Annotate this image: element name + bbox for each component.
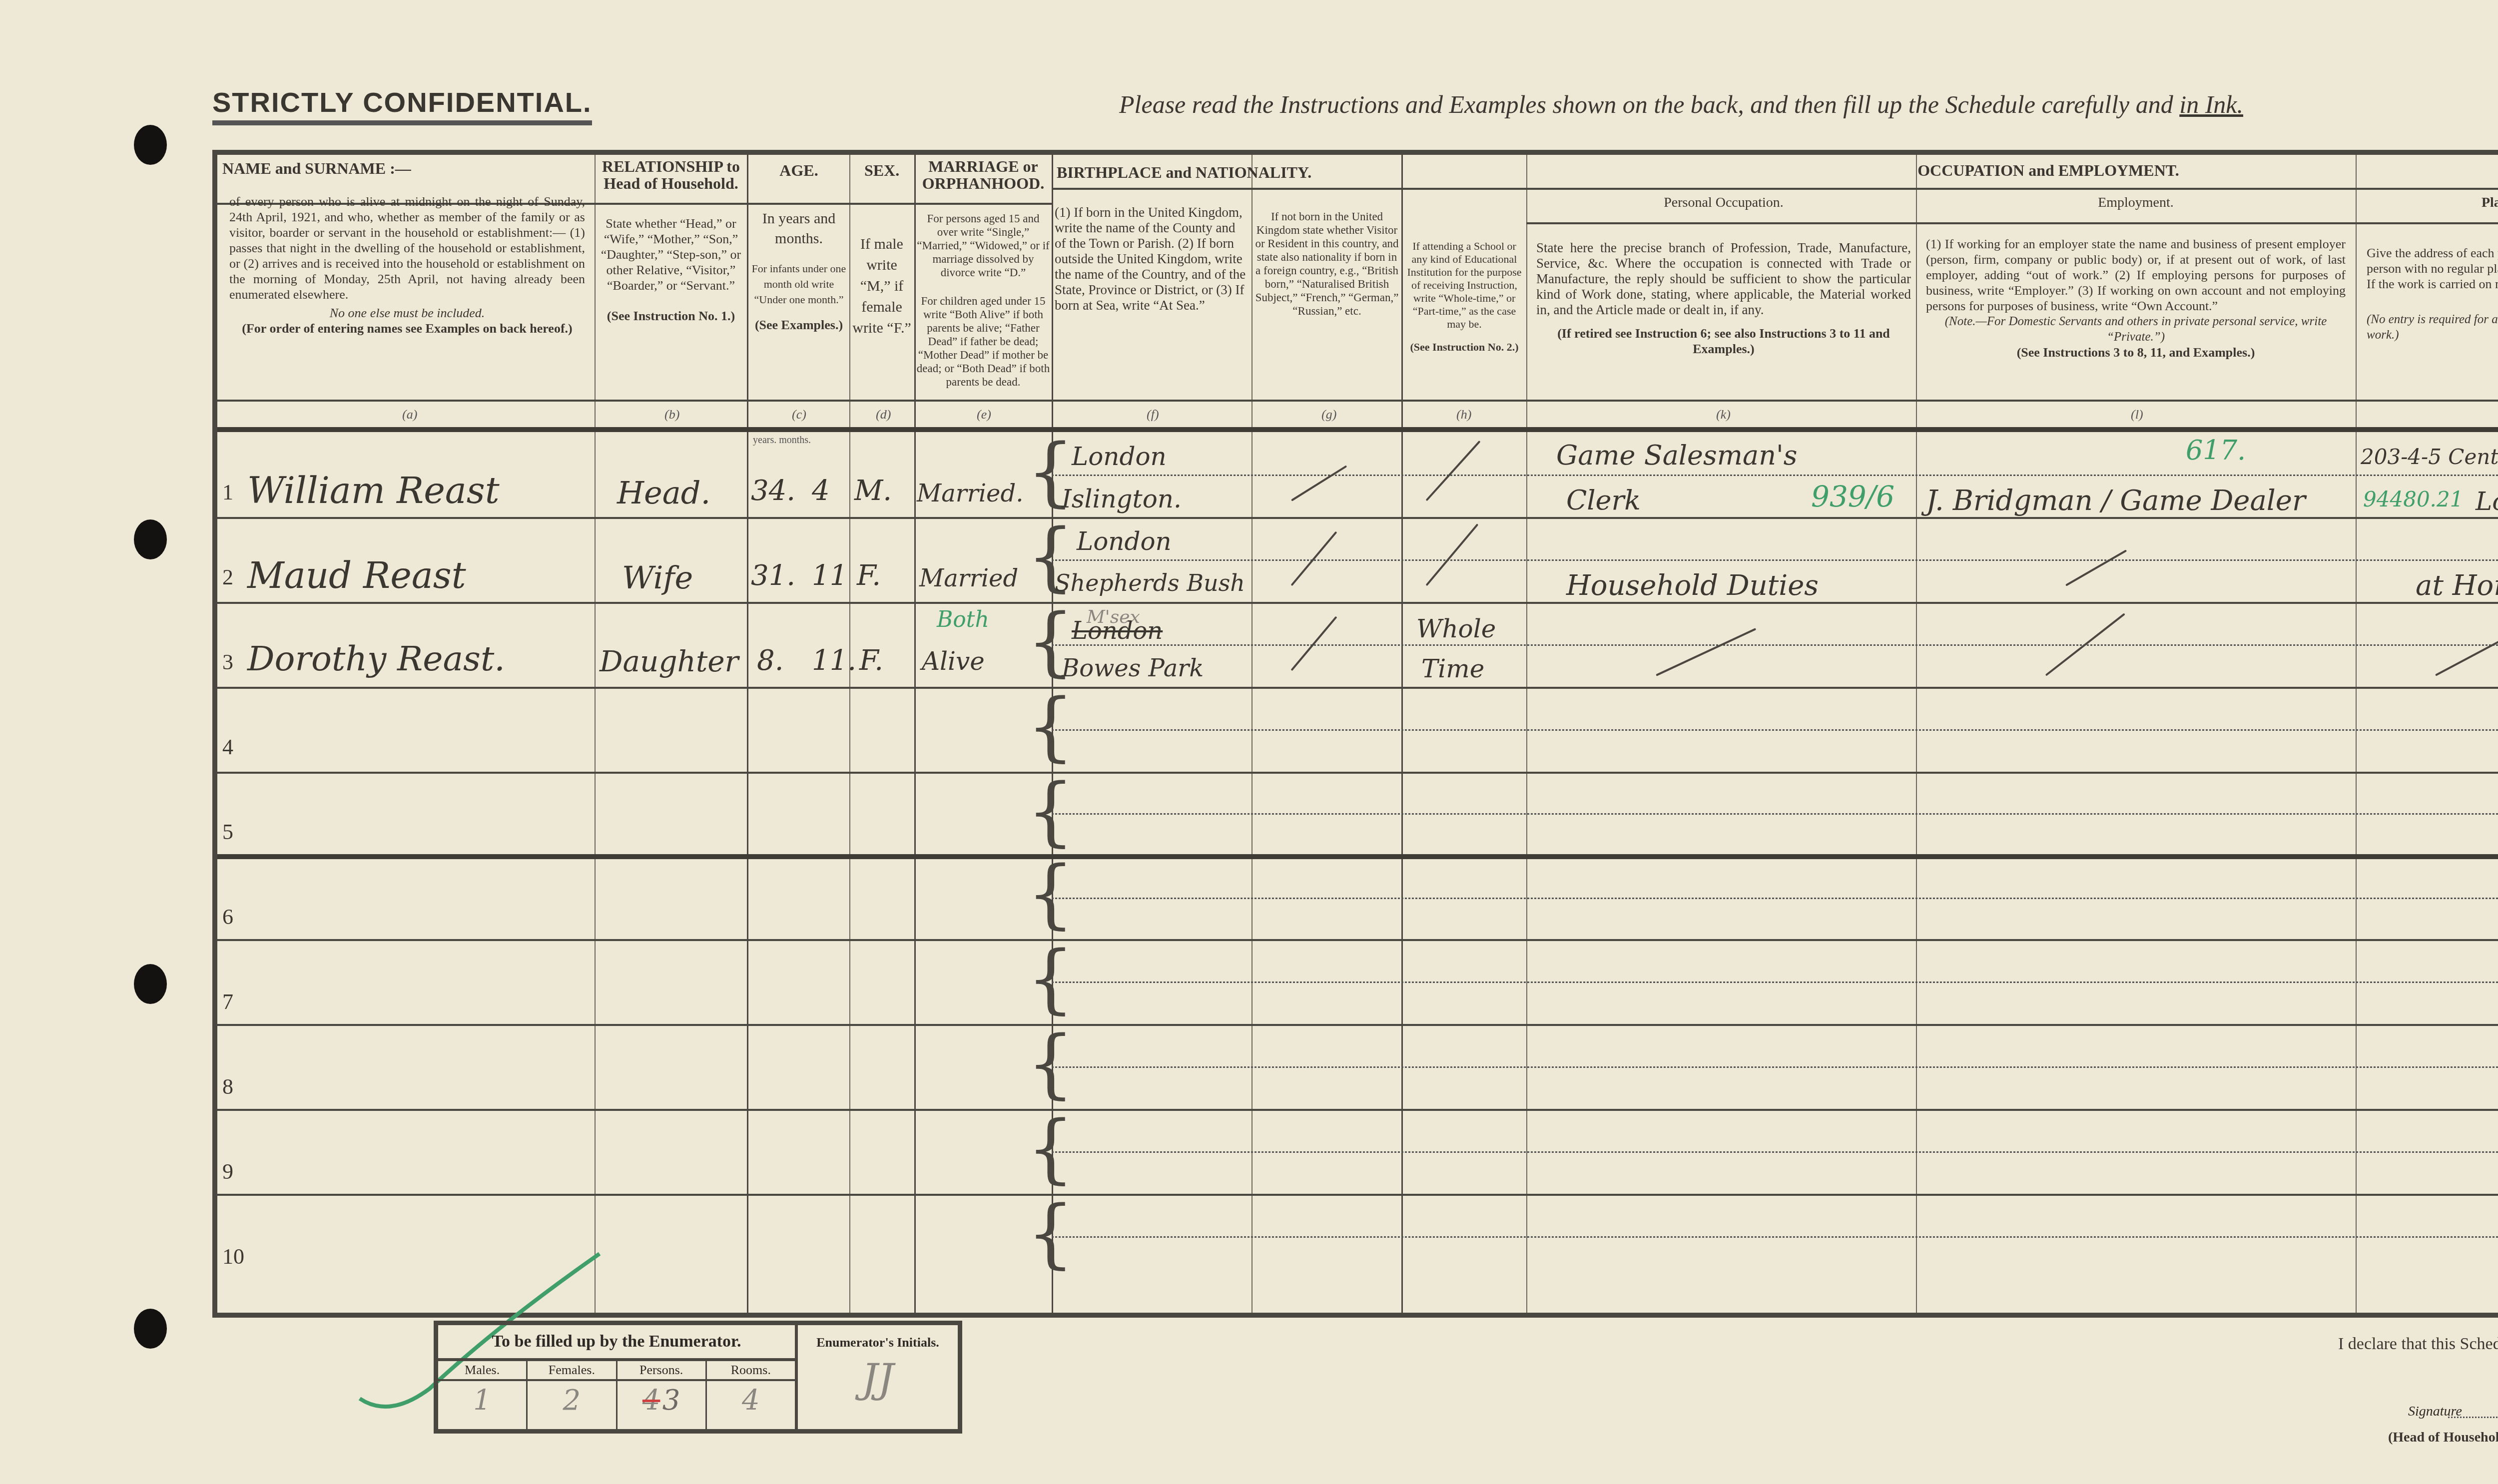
row3-sex[interactable]: F. xyxy=(859,644,883,677)
col-h-header: If attending a School or any kind of Edu… xyxy=(1403,240,1525,354)
household-schedule-table: NAME and SURNAME :— of every person who … xyxy=(212,150,2498,1318)
col-c-header: AGE. In years and months. For infants un… xyxy=(749,162,849,333)
col-letter: (c) xyxy=(792,407,806,422)
row1-relationship[interactable]: Head. xyxy=(617,475,710,511)
col-l-header: Employment. (1) If working for an employ… xyxy=(1921,195,2351,360)
punch-hole xyxy=(134,964,167,1004)
row-number: 9 xyxy=(222,1159,233,1184)
row1-birthplace-1[interactable]: London xyxy=(1072,442,1167,471)
row1-occupation-2[interactable]: Clerk xyxy=(1566,485,1641,516)
col-f-header: (1) If born in the United Kingdom, write… xyxy=(1055,205,1249,313)
brace: { xyxy=(1027,942,1074,1016)
col-letter: (l) xyxy=(2131,407,2143,422)
signature-line xyxy=(2448,1417,2498,1418)
fill-instructions: Please read the Instructions and Example… xyxy=(1119,90,2243,119)
row-number: 10 xyxy=(222,1244,244,1269)
row2-birthplace-2[interactable]: Shepherds Bush xyxy=(1055,569,1245,596)
row3-relationship[interactable]: Daughter xyxy=(600,644,738,678)
col-a-header: NAME and SURNAME :— of every person who … xyxy=(222,160,592,336)
row1-occupation-code: 939/6 xyxy=(1811,480,1894,513)
row1-name[interactable]: William Reast xyxy=(247,470,500,511)
row3-birthplace-1[interactable]: London xyxy=(1072,617,1163,645)
occupation-group-header: OCCUPATION and EMPLOYMENT. xyxy=(1401,162,2498,179)
row2-employment-dash xyxy=(2065,549,2127,586)
row1-occupation-1[interactable]: Game Salesman's xyxy=(1556,440,1798,471)
census-schedule-page: STRICTLY CONFIDENTIAL. Please read the I… xyxy=(0,0,2498,1484)
row1-age-months[interactable]: 4 xyxy=(812,475,830,507)
row-number: 2 xyxy=(222,564,233,590)
row1-employment-code: 617. xyxy=(2186,435,2246,466)
strictly-confidential-heading: STRICTLY CONFIDENTIAL. xyxy=(212,86,592,125)
col-letter: (f) xyxy=(1147,407,1159,422)
row1-birthplace-2[interactable]: Islington. xyxy=(1062,485,1182,513)
row2-school-dash xyxy=(1425,523,1478,586)
row-number: 8 xyxy=(222,1074,233,1099)
row1-age-years[interactable]: 34. xyxy=(751,475,795,507)
signature-caption: (Head of Household, Manager of Establish… xyxy=(2388,1430,2498,1446)
punch-hole xyxy=(134,519,167,559)
age-subheader: years. months. xyxy=(753,435,811,446)
punch-hole xyxy=(134,1309,167,1349)
row-number: 5 xyxy=(222,819,233,845)
col-k-header: Personal Occupation. State here the prec… xyxy=(1531,195,1916,357)
males-cell[interactable]: Males.1 xyxy=(438,1361,526,1429)
row1-nationality-dash xyxy=(1291,465,1347,501)
col-g-header: If not born in the United Kingdom state … xyxy=(1253,210,1400,318)
row2-workplace[interactable]: at Home. xyxy=(2416,569,2498,602)
birthplace-group-header: BIRTHPLACE and NATIONALITY. xyxy=(1057,164,1401,181)
row1-workplace-1[interactable]: 203-4-5 Central Meat Mkts xyxy=(2361,445,2498,469)
row1-marriage[interactable]: Married. xyxy=(917,480,1023,507)
col-letter: (a) xyxy=(402,407,417,422)
enumerator-initials-cell[interactable]: Enumerator's Initials. JJ xyxy=(795,1325,958,1429)
row3-marriage[interactable]: Alive xyxy=(922,647,985,676)
col-letter: (h) xyxy=(1456,407,1471,422)
brace: { xyxy=(1027,1111,1074,1186)
punch-hole xyxy=(134,125,167,165)
row2-birthplace-1[interactable]: London xyxy=(1077,527,1172,556)
row3-name[interactable]: Dorothy Reast. xyxy=(247,639,505,679)
brace: { xyxy=(1027,689,1074,764)
row-number: 1 xyxy=(222,480,233,505)
col-letter: (b) xyxy=(664,407,679,422)
row-number: 3 xyxy=(222,649,233,675)
row2-name[interactable]: Maud Reast xyxy=(247,554,466,596)
row2-marriage[interactable]: Married xyxy=(919,564,1018,592)
row1-employment[interactable]: J. Bridgman / Game Dealer xyxy=(1926,485,2306,517)
row-number: 4 xyxy=(222,734,233,760)
enumerator-totals-heading: To be filled up by the Enumerator. xyxy=(438,1325,795,1361)
row2-relationship[interactable]: Wife xyxy=(622,559,693,596)
row3-nationality-dash xyxy=(1290,616,1337,671)
row2-occupation[interactable]: Household Duties xyxy=(1566,569,1819,602)
rooms-cell[interactable]: Rooms.4 xyxy=(705,1361,795,1429)
brace: { xyxy=(1027,857,1074,932)
declaration-text: I declare that this Schedule is correctl… xyxy=(2338,1335,2498,1354)
row2-age-years[interactable]: 31. xyxy=(751,559,795,592)
col-b-header: RELATIONSHIP to Head of Household. State… xyxy=(597,158,745,324)
row-number: 7 xyxy=(222,989,233,1014)
col-letter: (e) xyxy=(977,407,991,422)
enumerator-totals-box: To be filled up by the Enumerator. Males… xyxy=(434,1321,962,1434)
row3-marriage-note: Both xyxy=(937,607,989,632)
row-number: 6 xyxy=(222,904,233,930)
row3-school-1[interactable]: Whole xyxy=(1416,614,1496,643)
col-letter: (d) xyxy=(876,407,891,422)
row2-sex[interactable]: F. xyxy=(857,559,881,592)
col-d-header: SEX. If male write “M,” if female write … xyxy=(851,162,913,339)
row2-age-months[interactable]: 11 xyxy=(812,559,847,592)
row3-age-months[interactable]: 11. xyxy=(812,644,856,677)
row2-nationality-dash xyxy=(1290,531,1337,586)
row3-age-years[interactable]: 8. xyxy=(757,644,783,677)
col-letter: (g) xyxy=(1321,407,1336,422)
row1-sex[interactable]: M. xyxy=(854,475,892,507)
col-e-header: MARRIAGE or ORPHANHOOD. For persons aged… xyxy=(916,158,1051,389)
row1-school-dash xyxy=(1426,441,1481,501)
row1-workplace-2[interactable]: London EC1 xyxy=(2476,487,2498,516)
brace: { xyxy=(1027,1026,1074,1101)
row3-workplace-dash xyxy=(2435,623,2498,676)
row3-school-2[interactable]: Time xyxy=(1421,654,1484,683)
brace: { xyxy=(1027,774,1074,849)
row3-birthplace-2[interactable]: Bowes Park xyxy=(1062,654,1204,682)
brace: { xyxy=(1027,1196,1074,1271)
row3-occupation-dash xyxy=(1656,628,1756,676)
col-letter: (k) xyxy=(1716,407,1731,422)
persons-cell[interactable]: Persons. 4 3 xyxy=(616,1361,705,1429)
row1-workplace-code: 94480.21 xyxy=(2363,487,2463,511)
col-m-header: Place of Work. Give the address of each … xyxy=(2361,195,2498,343)
